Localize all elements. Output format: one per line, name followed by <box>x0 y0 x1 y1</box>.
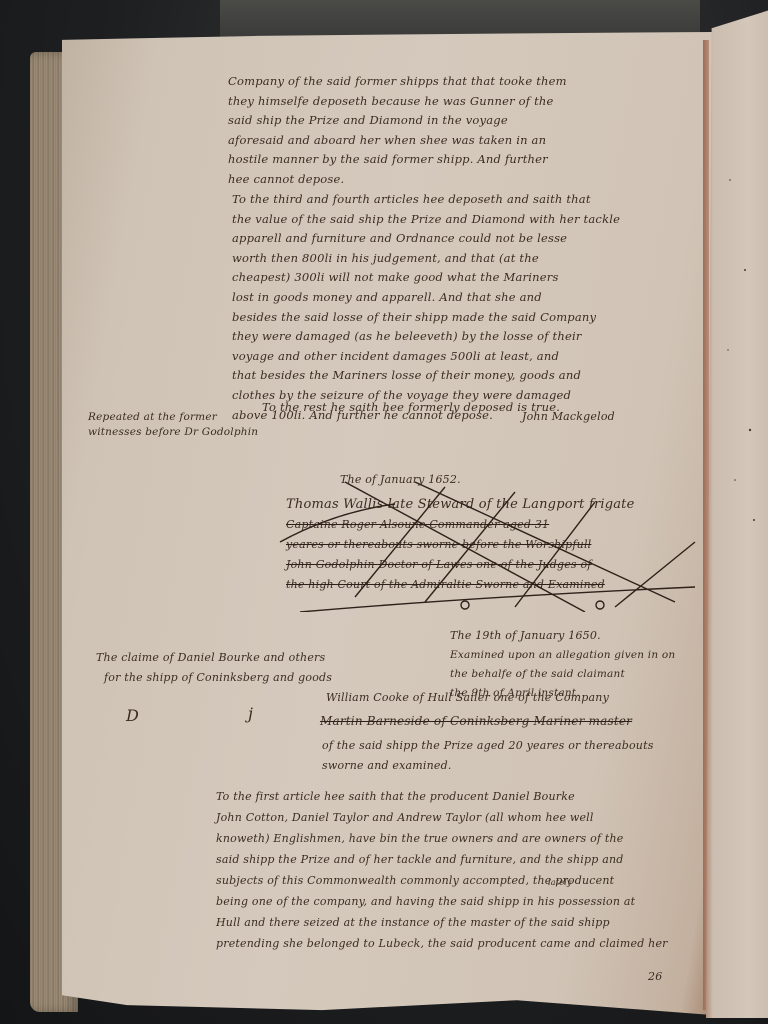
text-line: that besides the Mariners losse of their… <box>232 366 620 386</box>
text-line: Hull and there seized at the instance of… <box>216 912 668 933</box>
text-line: John Cotton, Daniel Taylor and Andrew Ta… <box>216 807 668 828</box>
text-line: hostile manner by the said former shipp.… <box>228 150 567 170</box>
text-line: of the said shipp the Prize aged 20 year… <box>322 736 654 756</box>
text-line: said shipp the Prize and of her tackle a… <box>216 849 668 870</box>
text-line: worth then 800li in his judgement, and t… <box>232 249 620 269</box>
text-line: To the first article hee saith that the … <box>216 786 668 807</box>
manuscript-page-right <box>706 8 768 1018</box>
text-line: apparell and furniture and Ordnance coul… <box>232 229 620 249</box>
witness-line: William Cooke of Hull Sailer one of the … <box>326 688 609 708</box>
margin-note-line: for the shipp of Coninksberg and goods <box>96 668 332 688</box>
margin-note-claim: The claime of Daniel Bourke and others f… <box>96 648 332 688</box>
struck-witness-line: Martin Barneside of Coninksberg Mariner … <box>320 712 632 732</box>
text-line: the behalfe of the said claimant <box>450 665 675 684</box>
text-line: sworne and examined. <box>322 756 654 776</box>
text-line: they himselfe deposeth because he was Gu… <box>228 92 567 112</box>
deposition-2-continuation: of the said shipp the Prize aged 20 year… <box>322 736 654 776</box>
article-3-4-block: To the third and fourth articles hee dep… <box>232 190 620 425</box>
text-line: the high Court of the Admiraltie Sworne … <box>286 575 635 595</box>
text-line: aforesaid and aboard her when shee was t… <box>228 131 567 151</box>
text-line: pretending she belonged to Lubeck, the s… <box>216 933 668 954</box>
text-line: they were damaged (as he beleeveth) by t… <box>232 327 620 347</box>
text-line: hee cannot depose. <box>228 170 567 190</box>
text-line: yeares or thereabouts sworne before the … <box>286 535 635 555</box>
text-line: subjects of this Commonwealth commonly a… <box>216 870 668 891</box>
crossed-deposition-date: The of January 1652. <box>340 470 461 490</box>
deposition-2-date: The 19th of January 1650. <box>450 626 601 646</box>
text-line: lost in goods money and apparell. And th… <box>232 288 620 308</box>
margin-note-line: Repeated at the former <box>88 410 258 425</box>
text-line: knoweth) Englishmen, have bin the true o… <box>216 828 668 849</box>
text-line: being one of the company, and having the… <box>216 891 668 912</box>
closing-line: To the rest he saith hee formerly depose… <box>262 398 560 418</box>
text-line: Thomas Wallis late Steward of the Langpo… <box>286 495 635 515</box>
margin-note-repeated: Repeated at the former witnesses before … <box>88 410 258 440</box>
margin-mark-d: D <box>126 706 139 725</box>
text-line: besides the said losse of their shipp ma… <box>232 308 620 328</box>
witness-signature: John Mackgelod <box>522 410 615 423</box>
text-line: Captaine Roger Alsoune Commander aged 31 <box>286 515 635 535</box>
interlineation: lately <box>548 878 572 887</box>
text-line: Examined upon an allegation given in on <box>450 646 675 665</box>
text-line: cheapest) 300li will not make good what … <box>232 268 620 288</box>
main-text-block: Company of the said former shipps that t… <box>228 72 567 190</box>
photo-scene: Company of the said former shipps that t… <box>0 0 768 1024</box>
folio-mark: 26 <box>648 970 662 983</box>
text-line: the value of the said ship the Prize and… <box>232 210 620 230</box>
text-line: voyage and other incident damages 500li … <box>232 347 620 367</box>
crossed-deposition-block: Thomas Wallis late Steward of the Langpo… <box>286 495 635 595</box>
margin-note-line: The claime of Daniel Bourke and others <box>96 648 332 668</box>
margin-mark-j: j <box>248 704 253 723</box>
article-1-block: To the first article hee saith that the … <box>216 786 668 954</box>
text-line: Company of the said former shipps that t… <box>228 72 567 92</box>
margin-note-line: witnesses before Dr Godolphin <box>88 425 258 440</box>
text-line: To the third and fourth articles hee dep… <box>232 190 620 210</box>
text-line: John Godolphin Doctor of Lawes one of th… <box>286 555 635 575</box>
text-line: said ship the Prize and Diamond in the v… <box>228 111 567 131</box>
